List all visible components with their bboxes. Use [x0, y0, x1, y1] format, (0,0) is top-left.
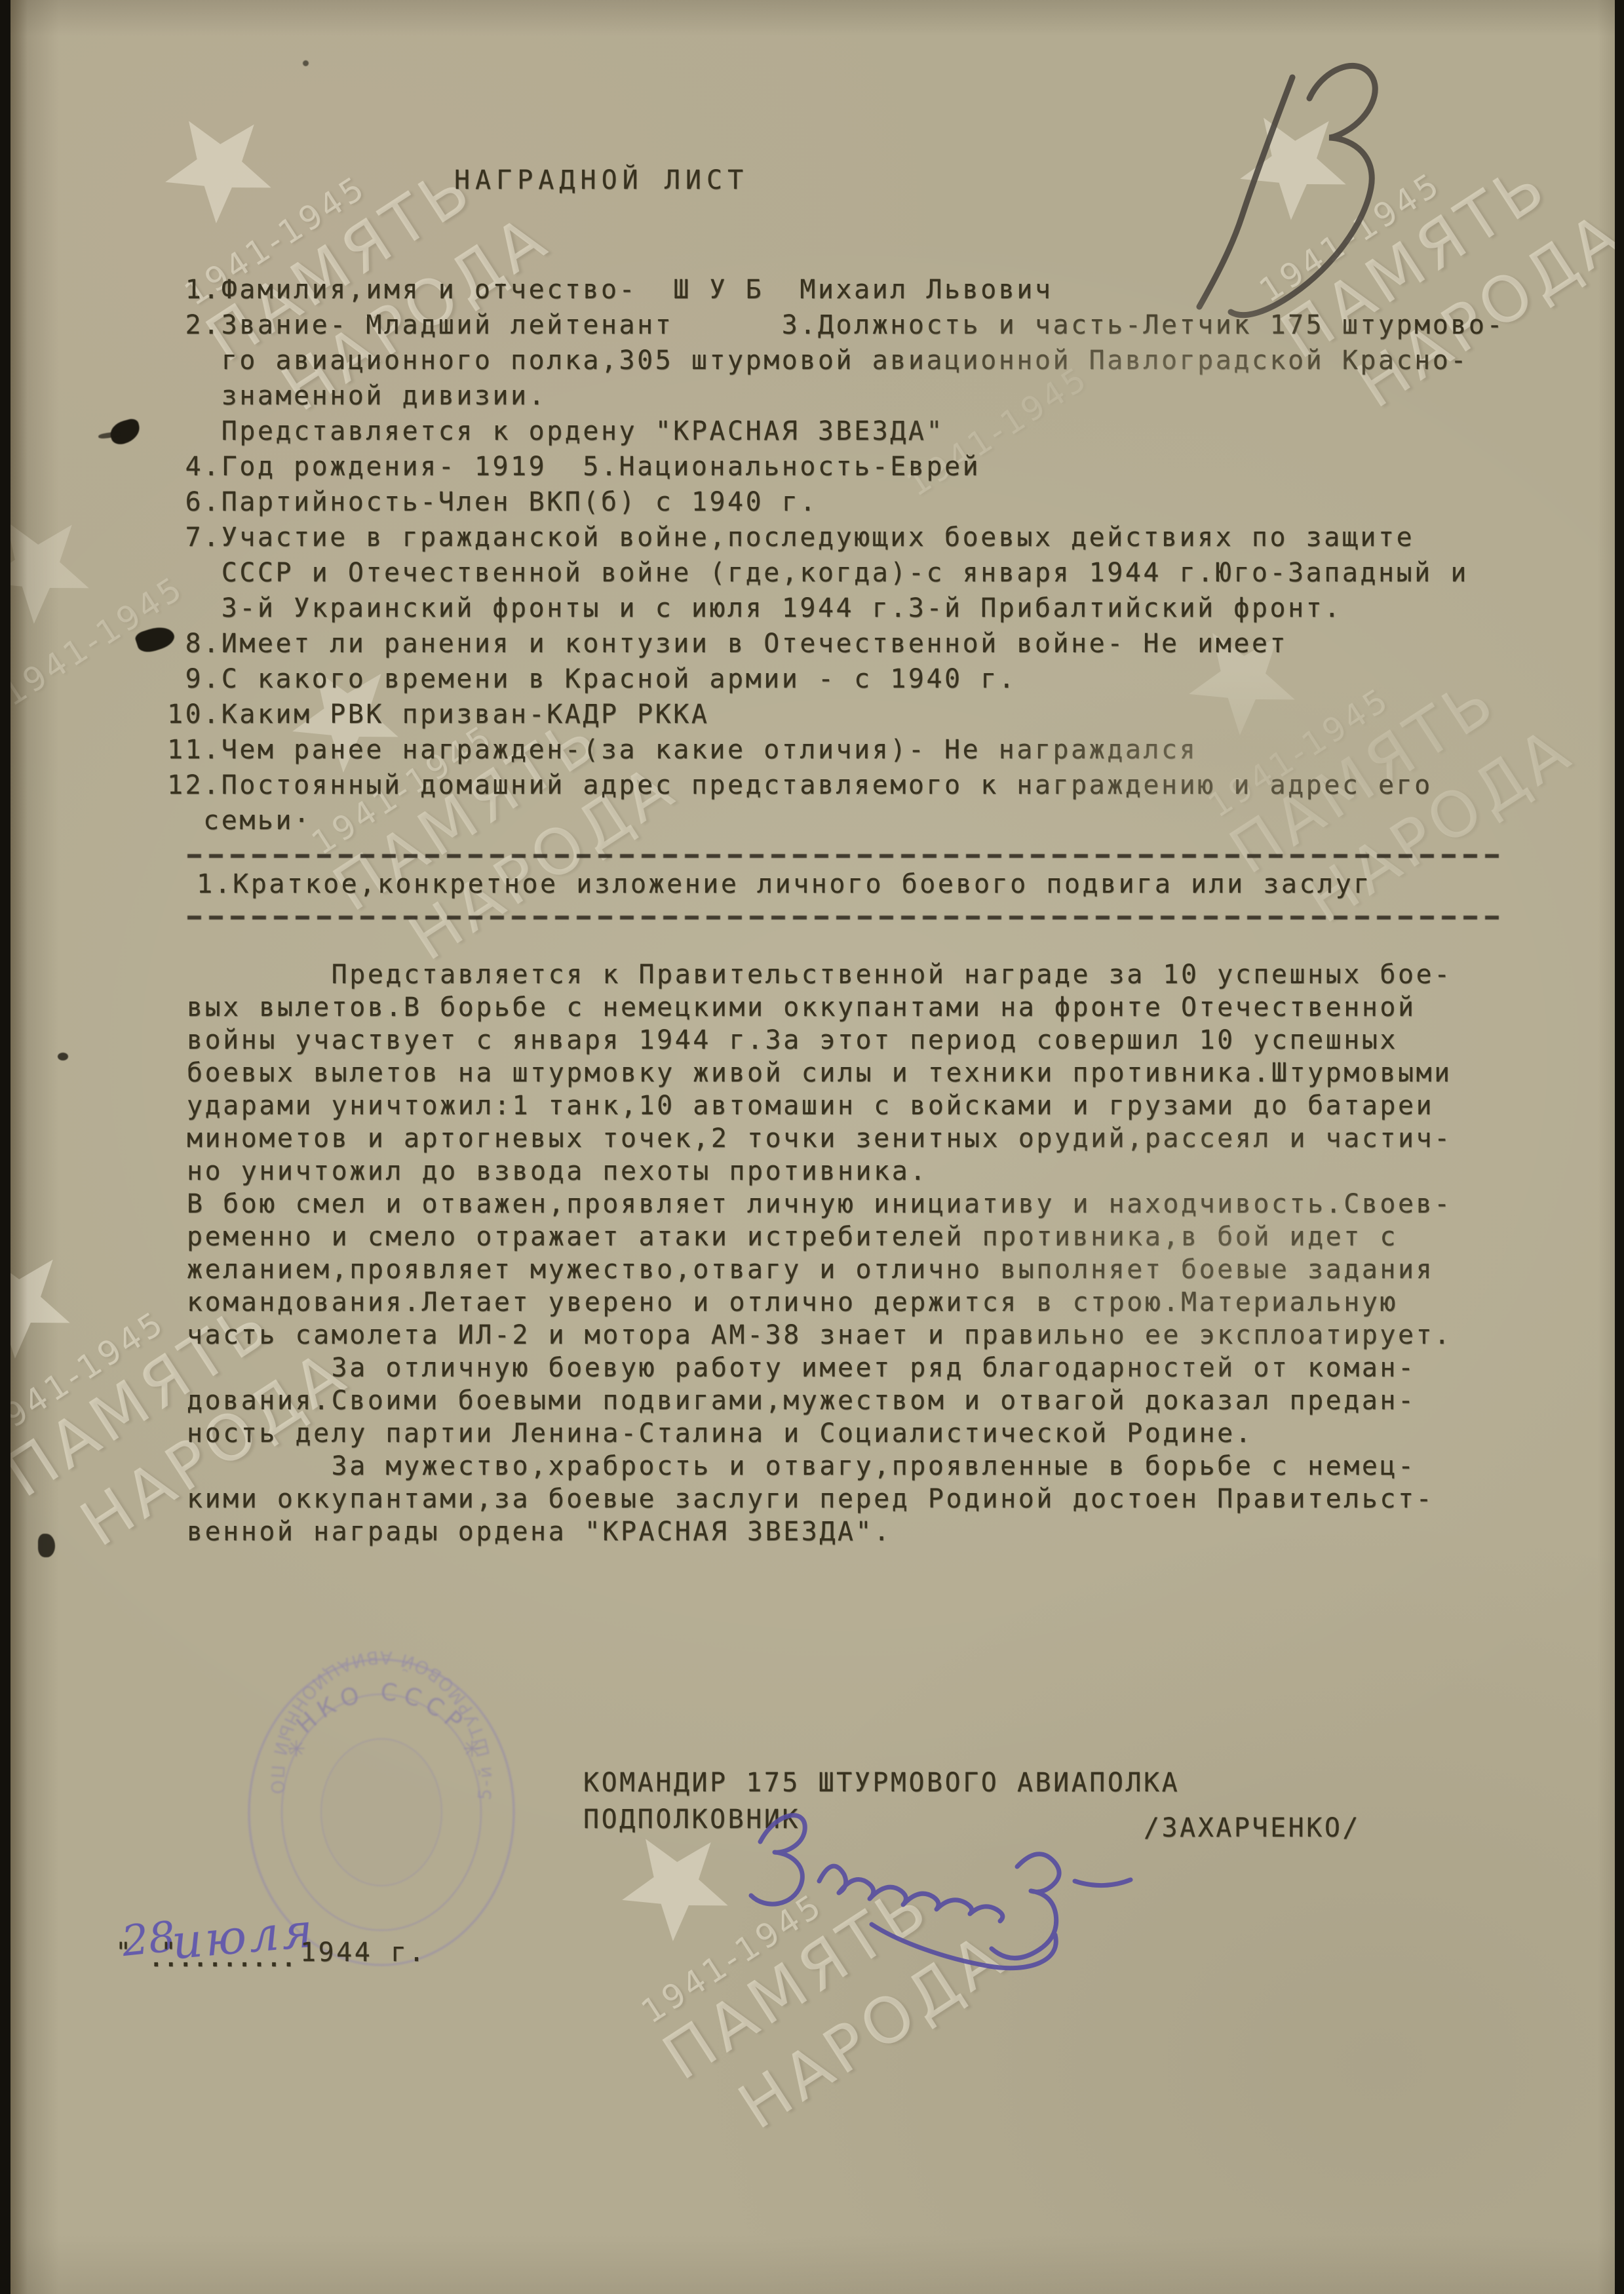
date-year: 1944 г.: [300, 1935, 427, 1970]
section-header: 1.Краткое,конкретное изложение личного б…: [197, 866, 1372, 902]
stamp-star-mark: ✳: [463, 1736, 482, 1762]
form-fields: 1.Фамилия,имя и отчество- Ш У Б Михаил Л…: [167, 272, 1505, 838]
divider-dashed: [187, 854, 1505, 858]
scan-edge: [0, 0, 10, 2294]
divider-dashed: [187, 916, 1505, 920]
stamp-star-mark: ✳: [287, 1736, 306, 1762]
scan-edge: [1615, 0, 1624, 2294]
ink-speck: [303, 60, 309, 66]
scanned-award-document: 1941-1945 ПАМЯТЬ НАРОДА 1941-1945 ПАМЯТЬ…: [0, 0, 1624, 2294]
scan-edge-shadow: [10, 0, 28, 2294]
ink-speck: [38, 1534, 55, 1557]
document-title: НАГРАДНОЙ ЛИСТ: [454, 163, 748, 198]
ink-speck: [58, 1053, 68, 1060]
signature-ink: [721, 1770, 1219, 1979]
citation-text: Представляется к Правительственной награ…: [187, 958, 1452, 1548]
star-icon: [142, 90, 294, 240]
